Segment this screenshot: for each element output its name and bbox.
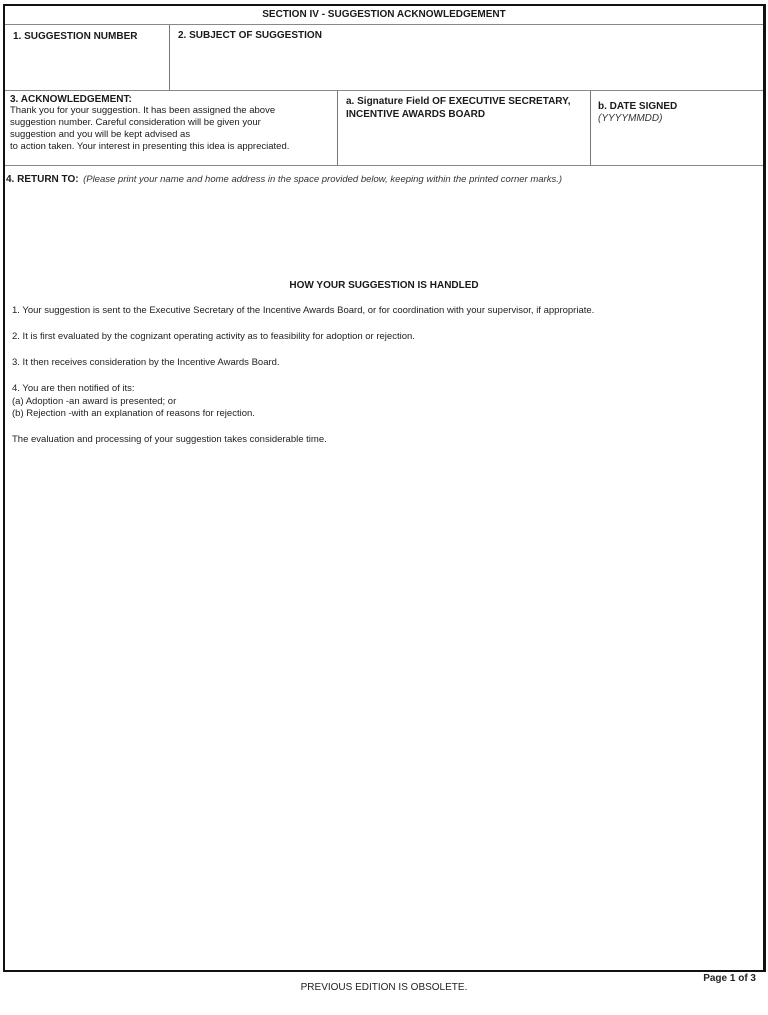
date-format-hint: (YYYYMMDD) (598, 113, 763, 124)
list-item: The evaluation and processing of your su… (12, 434, 763, 447)
acknowledgement-block: 3. ACKNOWLEDGEMENT: Thank you for your s… (5, 91, 338, 166)
acknowledgement-text: Thank you for your suggestion. It has be… (10, 105, 337, 153)
section-header: SECTION IV - SUGGESTION ACKNOWLEDGEMENT (5, 6, 763, 25)
how-handled-list: 1. Your suggestion is sent to the Execut… (12, 305, 763, 447)
list-item: 2. It is first evaluated by the cognizan… (12, 331, 763, 344)
suggestion-acknowledgement-form: SECTION IV - SUGGESTION ACKNOWLEDGEMENT … (3, 4, 766, 972)
return-to-hint: (Please print your name and home address… (83, 174, 562, 185)
date-signed-field[interactable]: b. DATE SIGNED (YYYYMMDD) (591, 91, 763, 166)
edition-note: PREVIOUS EDITION IS OBSOLETE. (0, 982, 768, 993)
signature-label-line2: INCENTIVE AWARDS BOARD (346, 108, 590, 121)
suggestion-number-field[interactable]: 1. SUGGESTION NUMBER (5, 25, 170, 91)
suggestion-number-label: 1. SUGGESTION NUMBER (13, 30, 169, 43)
acknowledgement-label: 3. ACKNOWLEDGEMENT: (10, 94, 337, 105)
signature-field[interactable]: a. Signature Field OF EXECUTIVE SECRETAR… (338, 91, 591, 166)
subject-label: 2. SUBJECT OF SUGGESTION (178, 29, 763, 42)
how-handled-title: HOW YOUR SUGGESTION IS HANDLED (5, 280, 763, 291)
signature-label-line1: a. Signature Field OF EXECUTIVE SECRETAR… (346, 95, 590, 108)
list-item: 1. Your suggestion is sent to the Execut… (12, 305, 763, 318)
how-handled-section: HOW YOUR SUGGESTION IS HANDLED 1. Your s… (5, 280, 763, 460)
list-item: 3. It then receives consideration by the… (12, 357, 763, 370)
date-signed-label: b. DATE SIGNED (598, 100, 763, 113)
subject-field[interactable]: 2. SUBJECT OF SUGGESTION (170, 25, 763, 91)
list-item: 4. You are then notified of its: (a) Ado… (12, 383, 763, 421)
return-to-label: 4. RETURN TO: (6, 174, 79, 185)
